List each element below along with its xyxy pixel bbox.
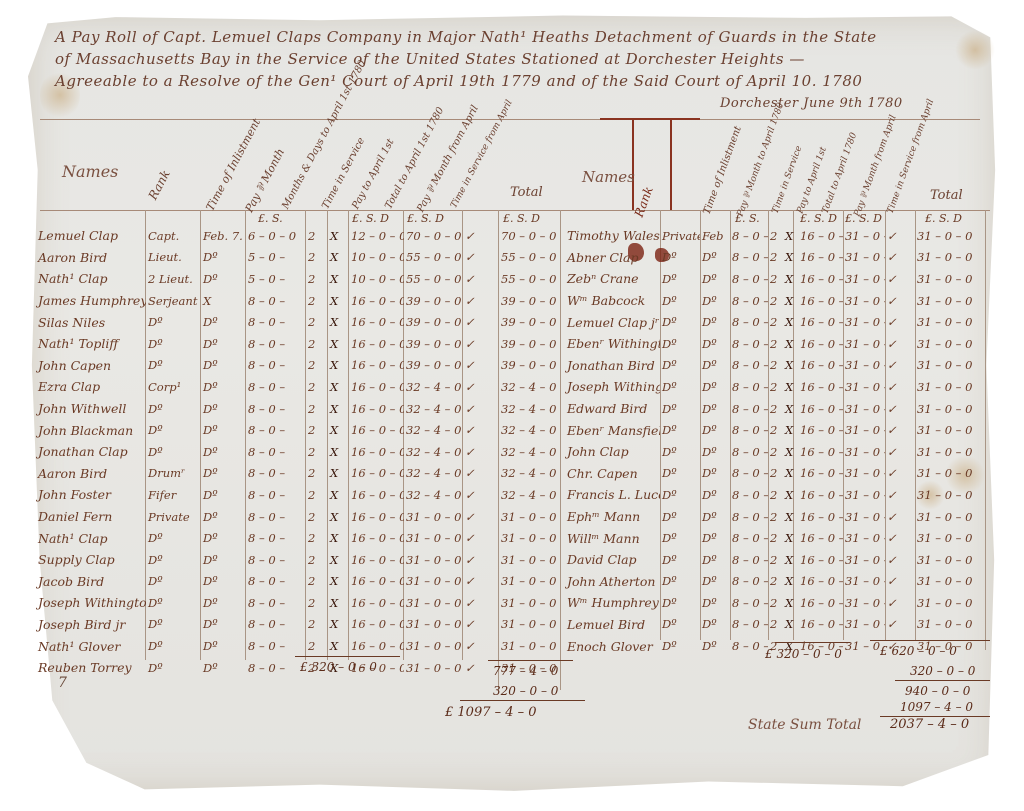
grand-total-rule <box>460 700 585 701</box>
cell-months: 2 <box>306 419 328 441</box>
cell-inlisted: Dº <box>201 355 246 377</box>
cell-mark: X <box>783 441 798 463</box>
cell-total-april: 31 – 0 – <box>843 614 885 636</box>
cell-pay: 8 – 0 – <box>730 592 768 614</box>
cell-total: 31 – 0 – 0 <box>915 419 990 441</box>
cell-check: ✓ <box>463 506 499 528</box>
table-row: Nath¹ GloverDºDº8 – 0 –2X16 – 0 – 031 – … <box>36 635 566 657</box>
cell-name: Wᵐ Humphrey <box>565 592 660 614</box>
cell-check: ✓ <box>463 441 499 463</box>
cell-total: 31 – 0 – 0 <box>915 484 990 506</box>
cell-inlisted: Dº <box>201 441 246 463</box>
state-sum-label: State Sum Total <box>748 717 861 733</box>
cell-inlisted: Dº <box>201 247 246 269</box>
cell-name: Supply Clap <box>36 549 146 571</box>
cell-inlisted: Dº <box>700 614 730 636</box>
cell-mark: X <box>328 290 349 312</box>
cell-inlisted: Dº <box>201 419 246 441</box>
table-row: Ezra ClapCorp¹Dº8 – 0 –2X16 – 0 – 032 – … <box>36 376 566 398</box>
cell-name: Nath¹ Glover <box>36 635 146 657</box>
cell-check: ✓ <box>463 484 499 506</box>
cell-rank: Dº <box>146 614 201 636</box>
cell-check: ✓ <box>885 398 915 420</box>
date-note: Dorchester June 9th 1780 <box>720 96 903 111</box>
right-column-total-2: 320 – 0 – 0 <box>910 664 975 678</box>
cell-to-april: 16 – 0 – <box>798 268 843 290</box>
cell-inlisted: Dº <box>700 527 730 549</box>
cell-check: ✓ <box>463 614 499 636</box>
cell-rank: Private <box>146 506 201 528</box>
unit-label: £. S. D <box>925 212 962 225</box>
cell-name: Chr. Capen <box>565 463 660 485</box>
cell-inlisted: Dº <box>201 398 246 420</box>
cell-to-april: 16 – 0 – <box>798 592 843 614</box>
cell-check: ✓ <box>885 484 915 506</box>
cell-total-april: 31 – 0 – 0 <box>404 506 463 528</box>
cell-to-april: 16 – 0 – 0 <box>349 614 404 636</box>
cell-rank: Dº <box>146 333 201 355</box>
cell-to-april: 16 – 0 – 0 <box>349 571 404 593</box>
cell-total: 70 – 0 – 0 <box>499 225 566 247</box>
cell-months: 2 <box>306 225 328 247</box>
cell-pay: 8 – 0 – <box>246 592 306 614</box>
cell-inlisted: Feb. 7. <box>201 225 246 247</box>
cell-total: 31 – 0 – 0 <box>915 355 990 377</box>
cell-inlisted: X <box>201 290 246 312</box>
cell-check: ✓ <box>463 571 499 593</box>
cell-check: ✓ <box>463 225 499 247</box>
cell-months: 2 <box>768 571 783 593</box>
cell-check: ✓ <box>885 506 915 528</box>
cell-months: 2 <box>768 268 783 290</box>
unit-label: £. S. D <box>800 212 837 225</box>
cell-inlisted: Dº <box>201 571 246 593</box>
cell-total: 31 – 0 – 0 <box>915 311 990 333</box>
table-row: Jacob BirdDºDº8 – 0 –2X16 – 0 – 031 – 0 … <box>36 571 566 593</box>
cell-pay: 8 – 0 – <box>730 506 768 528</box>
cell-inlisted: Dº <box>201 463 246 485</box>
cell-inlisted: Dº <box>700 441 730 463</box>
total-rule <box>488 660 573 661</box>
cell-check: ✓ <box>885 247 915 269</box>
cell-check: ✓ <box>885 268 915 290</box>
cell-check: ✓ <box>463 268 499 290</box>
cell-pay: 8 – 0 – <box>246 398 306 420</box>
cell-pay: 8 – 0 – <box>246 484 306 506</box>
cell-rank: Dº <box>660 247 700 269</box>
cell-mark: X <box>328 463 349 485</box>
cell-months: 2 <box>306 247 328 269</box>
cell-rank: Dº <box>660 311 700 333</box>
cell-check: ✓ <box>885 419 915 441</box>
table-row: John ClapDºDº8 – 0 –2X16 – 0 –31 – 0 –✓3… <box>565 441 990 463</box>
cell-name: Jonathan Clap <box>36 441 146 463</box>
cell-name: James Humphrey <box>36 290 146 312</box>
cell-name: Ebenʳ Mansfield <box>565 419 660 441</box>
cell-check: ✓ <box>885 225 915 247</box>
cell-months: 2 <box>768 549 783 571</box>
cell-total-april: 31 – 0 – 0 <box>404 635 463 657</box>
total-rule-right <box>870 640 990 641</box>
cell-months: 2 <box>306 549 328 571</box>
cell-rank: Dº <box>660 290 700 312</box>
cell-pay: 8 – 0 – <box>730 355 768 377</box>
cell-to-april: 12 – 0 – 0 <box>349 225 404 247</box>
subtotal-rule-right <box>775 642 850 643</box>
cell-mark: X <box>783 268 798 290</box>
cell-total: 31 – 0 – 0 <box>915 614 990 636</box>
cell-total: 31 – 0 – 0 <box>499 635 566 657</box>
cell-check: ✓ <box>463 247 499 269</box>
cell-to-april: 16 – 0 – 0 <box>349 333 404 355</box>
cell-total-april: 31 – 0 – <box>843 376 885 398</box>
cell-rank: Dº <box>146 635 201 657</box>
cell-pay: 8 – 0 – <box>730 635 768 657</box>
cell-inlisted: Dº <box>201 592 246 614</box>
cell-total-april: 39 – 0 – 0 <box>404 311 463 333</box>
cell-name: Lemuel Clap <box>36 225 146 247</box>
cell-name: Zebⁿ Crane <box>565 268 660 290</box>
table-row: Abner ClapDºDº8 – 0 –2X16 – 0 –31 – 0 –✓… <box>565 247 990 269</box>
cell-months: 2 <box>768 376 783 398</box>
cell-check: ✓ <box>463 592 499 614</box>
header-names-right: Names <box>582 168 635 186</box>
cell-inlisted: Dº <box>700 268 730 290</box>
cell-name: Jonathan Bird <box>565 355 660 377</box>
cell-inlisted: Dº <box>201 268 246 290</box>
table-row: Daniel FernPrivateDº8 – 0 –2X16 – 0 – 03… <box>36 506 566 528</box>
cell-mark: X <box>783 376 798 398</box>
cell-check: ✓ <box>885 527 915 549</box>
cell-total-april: 31 – 0 – <box>843 527 885 549</box>
table-row: Aaron BirdDrumʳDº8 – 0 –2X16 – 0 – 032 –… <box>36 463 566 485</box>
cell-months: 2 <box>768 355 783 377</box>
cell-total: 39 – 0 – 0 <box>499 355 566 377</box>
cell-check: ✓ <box>463 333 499 355</box>
cell-total-april: 31 – 0 – <box>843 484 885 506</box>
cell-total: 31 – 0 – 0 <box>915 398 990 420</box>
cell-inlisted: Dº <box>700 247 730 269</box>
table-row: John CapenDºDº8 – 0 –2X16 – 0 – 039 – 0 … <box>36 355 566 377</box>
cell-name: John Withwell <box>36 398 146 420</box>
cell-rank: Dº <box>660 527 700 549</box>
cell-pay: 5 – 0 – <box>246 247 306 269</box>
cell-to-april: 16 – 0 – <box>798 441 843 463</box>
cell-total-april: 31 – 0 – <box>843 463 885 485</box>
cell-check: ✓ <box>885 376 915 398</box>
cell-check: ✓ <box>885 290 915 312</box>
cell-total-april: 32 – 4 – 0 <box>404 376 463 398</box>
table-row: James HumphreySerjeantX8 – 0 –2X16 – 0 –… <box>36 290 566 312</box>
cell-pay: 8 – 0 – <box>246 355 306 377</box>
cell-mark: X <box>328 355 349 377</box>
cell-total: 31 – 0 – 0 <box>915 463 990 485</box>
cell-pay: 8 – 0 – <box>730 571 768 593</box>
table-row: Nath¹ ClapDºDº8 – 0 –2X16 – 0 – 031 – 0 … <box>36 527 566 549</box>
cell-inlisted: Dº <box>700 571 730 593</box>
cell-months: 2 <box>768 290 783 312</box>
cell-total: 55 – 0 – 0 <box>499 268 566 290</box>
table-row: Timothy WalesPrivateFeb8 – 0 –2X16 – 0 –… <box>565 225 990 247</box>
cell-pay: 8 – 0 – <box>246 506 306 528</box>
cell-mark: X <box>328 441 349 463</box>
cell-inlisted: Dº <box>700 311 730 333</box>
cell-months: 2 <box>768 419 783 441</box>
cell-check: ✓ <box>463 376 499 398</box>
cell-check: ✓ <box>463 549 499 571</box>
cell-rank: Dº <box>146 657 201 679</box>
cell-inlisted: Dº <box>700 419 730 441</box>
cell-total: 31 – 0 – 0 <box>499 571 566 593</box>
table-row: Lemuel Clap jʳDºDº8 – 0 –2X16 – 0 –31 – … <box>565 311 990 333</box>
cell-total-april: 39 – 0 – 0 <box>404 355 463 377</box>
cell-rank: Dº <box>660 333 700 355</box>
cell-total: 31 – 0 – 0 <box>915 592 990 614</box>
cell-mark: X <box>328 506 349 528</box>
cell-pay: 8 – 0 – <box>730 527 768 549</box>
right-column-total-1: £ 620 – 0 – 0 <box>880 644 957 658</box>
cell-pay: 8 – 0 – <box>730 376 768 398</box>
cell-inlisted: Feb <box>700 225 730 247</box>
cell-months: 2 <box>306 311 328 333</box>
cell-pay: 8 – 0 – <box>246 311 306 333</box>
cell-months: 2 <box>306 355 328 377</box>
cell-mark: X <box>783 311 798 333</box>
cell-rank: Dº <box>660 571 700 593</box>
cell-inlisted: Dº <box>201 311 246 333</box>
table-row: John BlackmanDºDº8 – 0 –2X16 – 0 – 032 –… <box>36 419 566 441</box>
cell-pay: 8 – 0 – <box>730 247 768 269</box>
cell-to-april: 16 – 0 – <box>798 247 843 269</box>
cell-mark: X <box>328 311 349 333</box>
cell-months: 2 <box>306 592 328 614</box>
right-column-total-3: 940 – 0 – 0 <box>905 684 970 698</box>
cell-mark: X <box>328 247 349 269</box>
cell-total: 39 – 0 – 0 <box>499 333 566 355</box>
cell-check: ✓ <box>885 614 915 636</box>
cell-pay: 8 – 0 – <box>730 484 768 506</box>
cell-total-april: 31 – 0 – <box>843 419 885 441</box>
cell-pay: 8 – 0 – <box>246 527 306 549</box>
cell-rank: Dº <box>146 355 201 377</box>
cell-total: 31 – 0 – 0 <box>915 333 990 355</box>
table-row: Nath¹ TopliffDºDº8 – 0 –2X16 – 0 – 039 –… <box>36 333 566 355</box>
cell-months: 2 <box>306 635 328 657</box>
title-line-3: Agreeable to a Resolve of the Gen¹ Court… <box>55 72 985 90</box>
table-row: John WithwellDºDº8 – 0 –2X16 – 0 – 032 –… <box>36 398 566 420</box>
cell-months: 2 <box>768 398 783 420</box>
cell-pay: 8 – 0 – <box>246 657 306 679</box>
cell-name: Joseph Bird jr <box>36 614 146 636</box>
cell-rank: Dº <box>146 311 201 333</box>
cell-mark: X <box>783 484 798 506</box>
header-names: Names <box>62 162 118 181</box>
cell-inlisted: Dº <box>201 635 246 657</box>
cell-mark: X <box>328 376 349 398</box>
unit-label: £. S. D <box>845 212 882 225</box>
cell-to-april: 16 – 0 – <box>798 484 843 506</box>
cell-rank: Dº <box>660 614 700 636</box>
cell-rank: Fifer <box>146 484 201 506</box>
cell-pay: 8 – 0 – <box>730 333 768 355</box>
cell-pay: 8 – 0 – <box>730 398 768 420</box>
cell-name: Nath¹ Clap <box>36 268 146 290</box>
cell-pay: 8 – 0 – <box>730 311 768 333</box>
cell-rank: Serjeant <box>146 290 201 312</box>
cell-rank: Dº <box>146 441 201 463</box>
cell-total-april: 31 – 0 – <box>843 506 885 528</box>
cell-total-april: 39 – 0 – 0 <box>404 333 463 355</box>
cell-to-april: 16 – 0 – 0 <box>349 463 404 485</box>
cell-mark: X <box>783 225 798 247</box>
cell-name: Ephᵐ Mann <box>565 506 660 528</box>
cell-inlisted: Dº <box>201 484 246 506</box>
cell-to-april: 16 – 0 – 0 <box>349 441 404 463</box>
left-pay-table: Lemuel ClapCapt.Feb. 7.6 – 0 – 02X12 – 0… <box>36 225 566 678</box>
cell-mark: X <box>783 549 798 571</box>
cell-inlisted: Dº <box>201 333 246 355</box>
left-subtotal: £ 320 – 0 – 0 <box>300 660 377 674</box>
cell-rank: Dº <box>660 268 700 290</box>
cell-total-april: 31 – 0 – 0 <box>404 549 463 571</box>
cell-months: 2 <box>768 527 783 549</box>
cell-to-april: 16 – 0 – 0 <box>349 355 404 377</box>
cell-total-april: 31 – 0 – <box>843 592 885 614</box>
cell-months: 2 <box>306 268 328 290</box>
cell-inlisted: Dº <box>201 657 246 679</box>
cell-rank: Private <box>660 225 700 247</box>
table-row: David ClapDºDº8 – 0 –2X16 – 0 –31 – 0 –✓… <box>565 549 990 571</box>
cell-total-april: 31 – 0 – <box>843 333 885 355</box>
cell-mark: X <box>328 549 349 571</box>
cell-name: Lemuel Clap jʳ <box>565 311 660 333</box>
cell-check: ✓ <box>463 419 499 441</box>
cell-total: 31 – 0 – 0 <box>915 441 990 463</box>
left-column-total-1: 777 – 4 – 0 <box>493 664 558 678</box>
cell-check: ✓ <box>885 549 915 571</box>
subtotal-rule <box>295 656 400 657</box>
cell-rank: 2 Lieut. <box>146 268 201 290</box>
cell-months: 2 <box>768 484 783 506</box>
cell-pay: 8 – 0 – <box>246 290 306 312</box>
cell-mark: X <box>328 419 349 441</box>
cell-to-april: 16 – 0 – 0 <box>349 419 404 441</box>
cell-total: 32 – 4 – 0 <box>499 398 566 420</box>
cell-to-april: 16 – 0 – 0 <box>349 527 404 549</box>
cell-check: ✓ <box>885 311 915 333</box>
cell-total-april: 55 – 0 – 0 <box>404 247 463 269</box>
cell-to-april: 16 – 0 – <box>798 290 843 312</box>
cell-name: Aaron Bird <box>36 247 146 269</box>
cell-total-april: 31 – 0 – 0 <box>404 592 463 614</box>
cell-rank: Dº <box>660 484 700 506</box>
cell-total-april: 31 – 0 – <box>843 571 885 593</box>
cell-total-april: 70 – 0 – 0 <box>404 225 463 247</box>
cell-to-april: 16 – 0 – <box>798 549 843 571</box>
cell-inlisted: Dº <box>201 614 246 636</box>
cell-mark: X <box>328 333 349 355</box>
cell-pay: 8 – 0 – <box>730 290 768 312</box>
cell-rank: Dº <box>660 398 700 420</box>
cell-total-april: 31 – 0 – <box>843 398 885 420</box>
cell-pay: 8 – 0 – <box>246 376 306 398</box>
table-row: Ebenʳ MansfieldDºDº8 – 0 –2X16 – 0 –31 –… <box>565 419 990 441</box>
cell-mark: X <box>783 419 798 441</box>
cell-rank: Dº <box>660 549 700 571</box>
cell-to-april: 10 – 0 – 0 <box>349 268 404 290</box>
cell-months: 2 <box>306 333 328 355</box>
cell-check: ✓ <box>463 398 499 420</box>
unit-label: £. S. <box>735 212 760 225</box>
cell-to-april: 16 – 0 – <box>798 614 843 636</box>
table-row: Ebenʳ WithingtonDºDº8 – 0 –2X16 – 0 –31 … <box>565 333 990 355</box>
cell-total: 31 – 0 – 0 <box>915 290 990 312</box>
cell-total-april: 31 – 0 – <box>843 635 885 657</box>
cell-check: ✓ <box>885 441 915 463</box>
cell-name: Edward Bird <box>565 398 660 420</box>
cell-mark: X <box>783 506 798 528</box>
cell-mark: X <box>783 463 798 485</box>
cell-to-april: 16 – 0 – 0 <box>349 506 404 528</box>
cell-name: Jacob Bird <box>36 571 146 593</box>
cell-months: 2 <box>306 290 328 312</box>
table-row: Aaron BirdLieut.Dº5 – 0 –2X10 – 0 – 055 … <box>36 247 566 269</box>
cell-name: John Capen <box>36 355 146 377</box>
cell-rank: Drumʳ <box>146 463 201 485</box>
cell-pay: 8 – 0 – <box>730 419 768 441</box>
cell-rank: Dº <box>660 355 700 377</box>
cell-check: ✓ <box>885 463 915 485</box>
cell-inlisted: Dº <box>700 376 730 398</box>
table-row: Joseph WithingtonDºDº8 – 0 –2X16 – 0 –31… <box>565 376 990 398</box>
cell-to-april: 10 – 0 – 0 <box>349 247 404 269</box>
cell-total-april: 39 – 0 – 0 <box>404 290 463 312</box>
state-sum-value: 2037 – 4 – 0 <box>890 717 969 732</box>
cell-pay: 8 – 0 – <box>246 419 306 441</box>
cell-inlisted: Dº <box>700 484 730 506</box>
cell-pay: 8 – 0 – <box>730 549 768 571</box>
table-row: Nath¹ Clap2 Lieut.Dº5 – 0 –2X10 – 0 – 05… <box>36 268 566 290</box>
cell-to-april: 16 – 0 – <box>798 527 843 549</box>
right-subtotal: £ 320 – 0 – 0 <box>765 647 842 661</box>
cell-total: 31 – 0 – 0 <box>915 571 990 593</box>
cell-rank: Dº <box>146 527 201 549</box>
cell-months: 2 <box>306 506 328 528</box>
cell-mark: X <box>328 527 349 549</box>
cell-inlisted: Dº <box>700 463 730 485</box>
cell-months: 2 <box>768 333 783 355</box>
cell-inlisted: Dº <box>700 549 730 571</box>
cell-rank: Corp¹ <box>146 376 201 398</box>
cell-pay: 8 – 0 – <box>730 614 768 636</box>
cell-to-april: 16 – 0 – 0 <box>349 549 404 571</box>
cell-total-april: 31 – 0 – <box>843 268 885 290</box>
cell-total-april: 31 – 0 – <box>843 247 885 269</box>
cell-total-april: 31 – 0 – <box>843 290 885 312</box>
cell-pay: 6 – 0 – 0 <box>246 225 306 247</box>
cell-inlisted: Dº <box>700 635 730 657</box>
cell-months: 2 <box>306 571 328 593</box>
cell-total-april: 31 – 0 – 0 <box>404 571 463 593</box>
table-row: Lemuel BirdDºDº8 – 0 –2X16 – 0 –31 – 0 –… <box>565 614 990 636</box>
cell-pay: 8 – 0 – <box>246 571 306 593</box>
table-row: Jonathan BirdDºDº8 – 0 –2X16 – 0 –31 – 0… <box>565 355 990 377</box>
cell-inlisted: Dº <box>201 376 246 398</box>
cell-to-april: 16 – 0 – <box>798 333 843 355</box>
cell-total: 39 – 0 – 0 <box>499 311 566 333</box>
cell-mark: X <box>328 635 349 657</box>
cell-total: 32 – 4 – 0 <box>499 419 566 441</box>
